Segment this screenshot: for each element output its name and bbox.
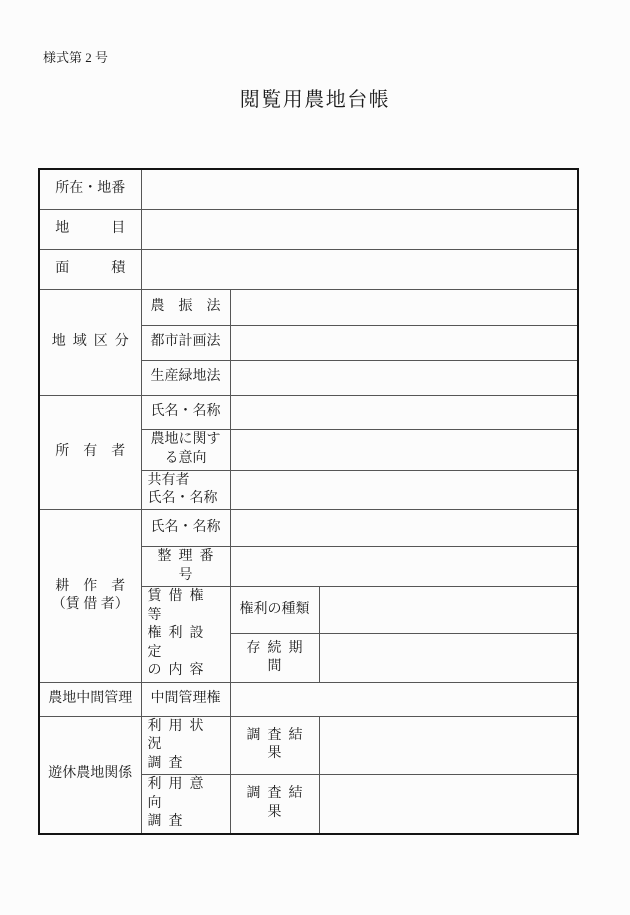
owner-name-value-cell [230,395,578,429]
row-agri-promotion: 地 域 区 分 農 振 法 [39,289,578,325]
area-value-cell [141,249,578,289]
usage-status-result-value-cell [319,716,578,774]
land-category-label: 地 目 [39,209,141,249]
agri-promotion-label: 農 振 法 [141,289,230,325]
row-usage-status: 遊休農地関係 利 用 状 況 調 査 調 査 結 果 [39,716,578,774]
intermediate-group-label: 農地中間管理 [39,682,141,716]
row-area: 面 積 [39,249,578,289]
owner-group-label: 所 有 者 [39,395,141,510]
cultivator-name-value-cell [230,510,578,547]
agri-promotion-value-cell [230,289,578,325]
intermediate-right-label: 中間管理権 [141,682,230,716]
usage-status-result-label: 調 査 結 果 [230,716,319,774]
reference-number-label: 整 理 番 号 [141,547,230,587]
usage-intention-result-label: 調 査 結 果 [230,775,319,834]
idle-group-label: 遊休農地関係 [39,716,141,833]
location-value-cell [141,169,578,209]
city-planning-value-cell [230,325,578,360]
page-title: 閲覧用農地台帳 [0,83,630,112]
usage-intention-survey-label: 利 用 意 向 調 査 [141,775,230,834]
cultivator-group-label: 耕 作 者 （賃 借 者） [39,510,141,682]
farmland-register-table: 所在・地番 地 目 面 積 地 域 区 分 農 振 法 都市計画法 [38,168,579,835]
co-owner-label: 共有者 氏名・名称 [141,470,230,510]
usage-intention-result-value-cell [319,775,578,834]
row-intermediate-mgmt: 農地中間管理 中間管理権 [39,682,578,716]
right-type-value-cell [319,587,578,634]
usage-status-survey-label: 利 用 状 況 調 査 [141,716,230,774]
area-label: 面 積 [39,249,141,289]
cultivator-name-label: 氏名・名称 [141,510,230,547]
owner-name-label: 氏名・名称 [141,395,230,429]
city-planning-label: 都市計画法 [141,325,230,360]
document-page: 様式第 2 号 閲覧用農地台帳 年 月 日 湧 別 町 農 業 委 員 会 所在… [0,0,630,915]
duration-value-cell [319,634,578,682]
lease-rights-label: 賃 借 権 等 権 利 設 定 の 内 容 [141,587,230,682]
productive-green-label: 生産緑地法 [141,360,230,395]
intermediate-right-value-cell [230,682,578,716]
row-cultivator-name: 耕 作 者 （賃 借 者） 氏名・名称 [39,510,578,547]
productive-green-value-cell [230,360,578,395]
form-number: 様式第 2 号 [43,47,108,66]
right-type-label: 権利の種類 [230,587,319,634]
region-group-label: 地 域 区 分 [39,289,141,395]
owner-intention-value-cell [230,429,578,470]
owner-intention-label: 農地に関す る意向 [141,429,230,470]
co-owner-value-cell [230,470,578,510]
row-owner-name: 所 有 者 氏名・名称 [39,395,578,429]
reference-number-value-cell [230,547,578,587]
land-category-value-cell [141,209,578,249]
location-label: 所在・地番 [39,169,141,209]
duration-label: 存 続 期 間 [230,634,319,682]
row-land-category: 地 目 [39,209,578,249]
row-location: 所在・地番 [39,169,578,209]
